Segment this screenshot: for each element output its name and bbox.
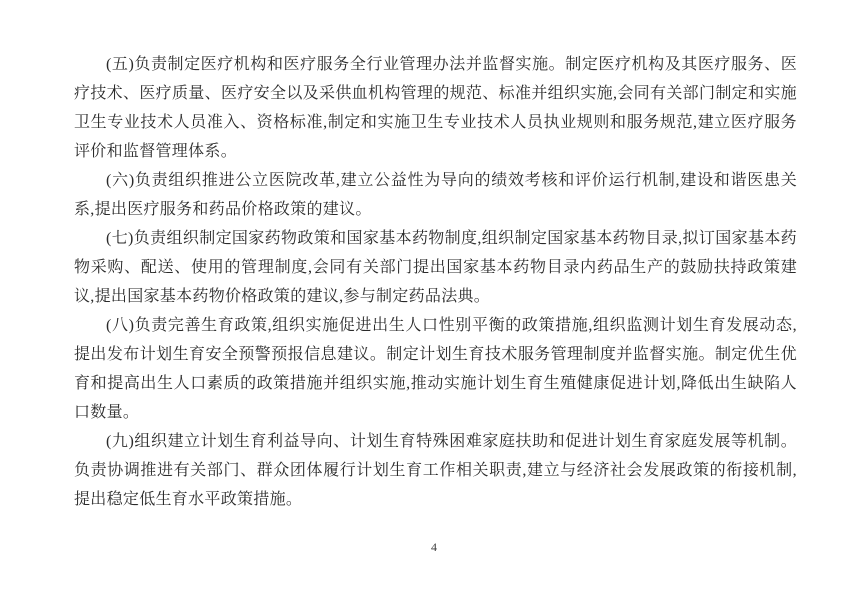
document-page: (五)负责制定医疗机构和医疗服务全行业管理办法并监督实施。制定医疗机构及其医疗服…: [0, 0, 868, 603]
paragraph-item-5: (五)负责制定医疗机构和医疗服务全行业管理办法并监督实施。制定医疗机构及其医疗服…: [74, 50, 797, 166]
paragraph-item-8: (八)负责完善生育政策,组织实施促进出生人口性别平衡的政策措施,组织监测计划生育…: [74, 311, 797, 427]
paragraph-item-9: (九)组织建立计划生育利益导向、计划生育特殊困难家庭扶助和促进计划生育家庭发展等…: [74, 427, 797, 514]
page-number: 4: [431, 540, 437, 554]
paragraph-item-7: (七)负责组织制定国家药物政策和国家基本药物制度,组织制定国家基本药物目录,拟订…: [74, 224, 797, 311]
document-body: (五)负责制定医疗机构和医疗服务全行业管理办法并监督实施。制定医疗机构及其医疗服…: [74, 50, 797, 514]
page-footer: 4: [0, 538, 868, 556]
paragraph-item-6: (六)负责组织推进公立医院改革,建立公益性为导向的绩效考核和评价运行机制,建设和…: [74, 166, 797, 224]
